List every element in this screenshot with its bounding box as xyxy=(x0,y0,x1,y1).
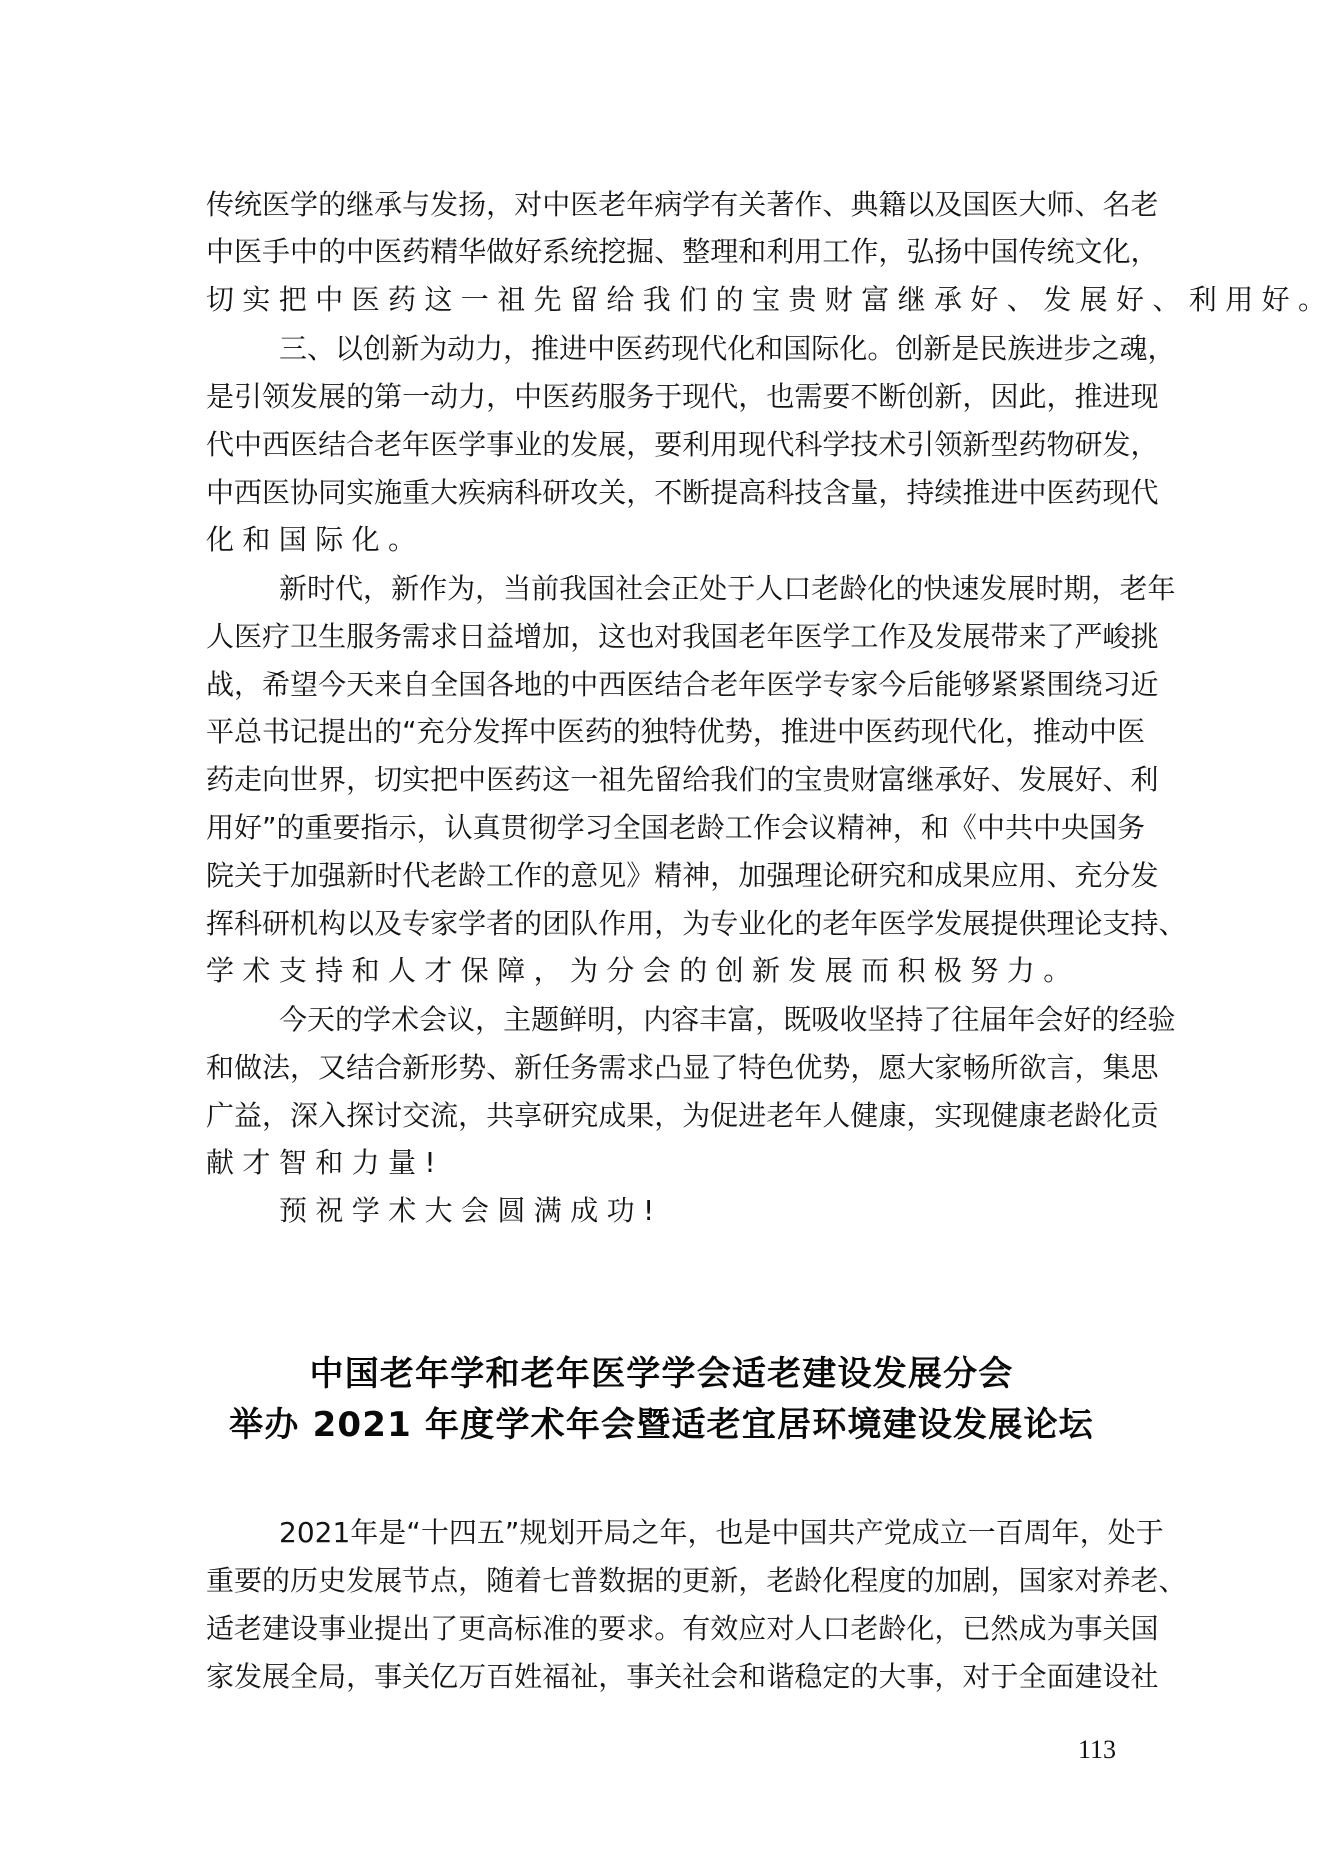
text-line: 院关于加强新时代老龄工作的意见》精神，加强理论研究和成果应用、充分发 xyxy=(206,858,1118,894)
text-line: 广益，深入探讨交流，共享研究成果，为促进老年人健康，实现健康老龄化贡 xyxy=(206,1098,1118,1134)
text-line: 切实把中医药这一祖先留给我们的宝贵财富继承好、发展好、利用好。 xyxy=(206,282,1323,318)
text-line: 用好”的重要指示，认真贯彻学习全国老龄工作会议精神，和《中共中央国务 xyxy=(206,810,1118,846)
paragraph-first-line: 2021年是“十四五”规划开局之年，也是中国共产党成立一百周年，处于 xyxy=(279,1515,1118,1551)
text-line: 战，希望今天来自全国各地的中西医结合老年医学专家今后能够紧紧围绕习近 xyxy=(206,667,1118,703)
paragraph-first-line: 今天的学术会议，主题鲜明，内容丰富，既吸收坚持了往届年会好的经验 xyxy=(279,1002,1118,1038)
text-line: 家发展全局，事关亿万百姓福祉，事关社会和谐稳定的大事，对于全面建设社 xyxy=(206,1659,1118,1695)
article-title-line-2: 举办 2021 年度学术年会暨适老宜居环境建设发展论坛 xyxy=(0,1403,1323,1447)
text-line: 献才智和力量! xyxy=(206,1145,444,1181)
paragraph-first-line: 新时代，新作为，当前我国社会正处于人口老龄化的快速发展时期，老年 xyxy=(279,571,1118,607)
page-number: 113 xyxy=(1078,1734,1116,1766)
paragraph-first-line: 三、以创新为动力，推进中医药现代化和国际化。创新是民族进步之魂， xyxy=(279,331,1118,367)
text-line: 化和国际化。 xyxy=(206,522,424,558)
text-line: 中医手中的中医药精华做好系统挖掘、整理和利用工作，弘扬中国传统文化， xyxy=(206,234,1118,270)
text-line: 挥科研机构以及专家学者的团队作用，为专业化的老年医学发展提供理论支持、 xyxy=(206,906,1118,942)
text-line: 人医疗卫生服务需求日益增加，这也对我国老年医学工作及发展带来了严峻挑 xyxy=(206,619,1118,655)
text-line: 适老建设事业提出了更高标准的要求。有效应对人口老龄化，已然成为事关国 xyxy=(206,1611,1118,1647)
text-line: 中西医协同实施重大疾病科研攻关，不断提高科技含量，持续推进中医药现代 xyxy=(206,475,1118,511)
text-line: 传统医学的继承与发扬，对中医老年病学有关著作、典籍以及国医大师、名老 xyxy=(206,187,1118,223)
text-line: 药走向世界，切实把中医药这一祖先留给我们的宝贵财富继承好、发展好、利 xyxy=(206,762,1118,798)
text-line: 重要的历史发展节点，随着七普数据的更新，老龄化程度的加剧，国家对养老、 xyxy=(206,1563,1118,1599)
text-line: 和做法，又结合新形势、新任务需求凸显了特色优势，愿大家畅所欲言，集思 xyxy=(206,1050,1118,1086)
paragraph-first-line: 预祝学术大会圆满成功! xyxy=(279,1193,663,1229)
text-line: 学术支持和人才保障，为分会的创新发展而积极努力。 xyxy=(206,953,1080,989)
text-line: 是引领发展的第一动力，中医药服务于现代，也需要不断创新，因此，推进现 xyxy=(206,379,1118,415)
article-title-line-1: 中国老年学和老年医学学会适老建设发展分会 xyxy=(0,1352,1323,1396)
text-line: 代中西医结合老年医学事业的发展，要利用现代科学技术引领新型药物研发， xyxy=(206,427,1118,463)
text-line: 平总书记提出的“充分发挥中医药的独特优势，推进中医药现代化，推动中医 xyxy=(206,714,1118,750)
document-page: 传统医学的继承与发扬，对中医老年病学有关著作、典籍以及国医大师、名老 中医手中的… xyxy=(0,0,1323,1871)
